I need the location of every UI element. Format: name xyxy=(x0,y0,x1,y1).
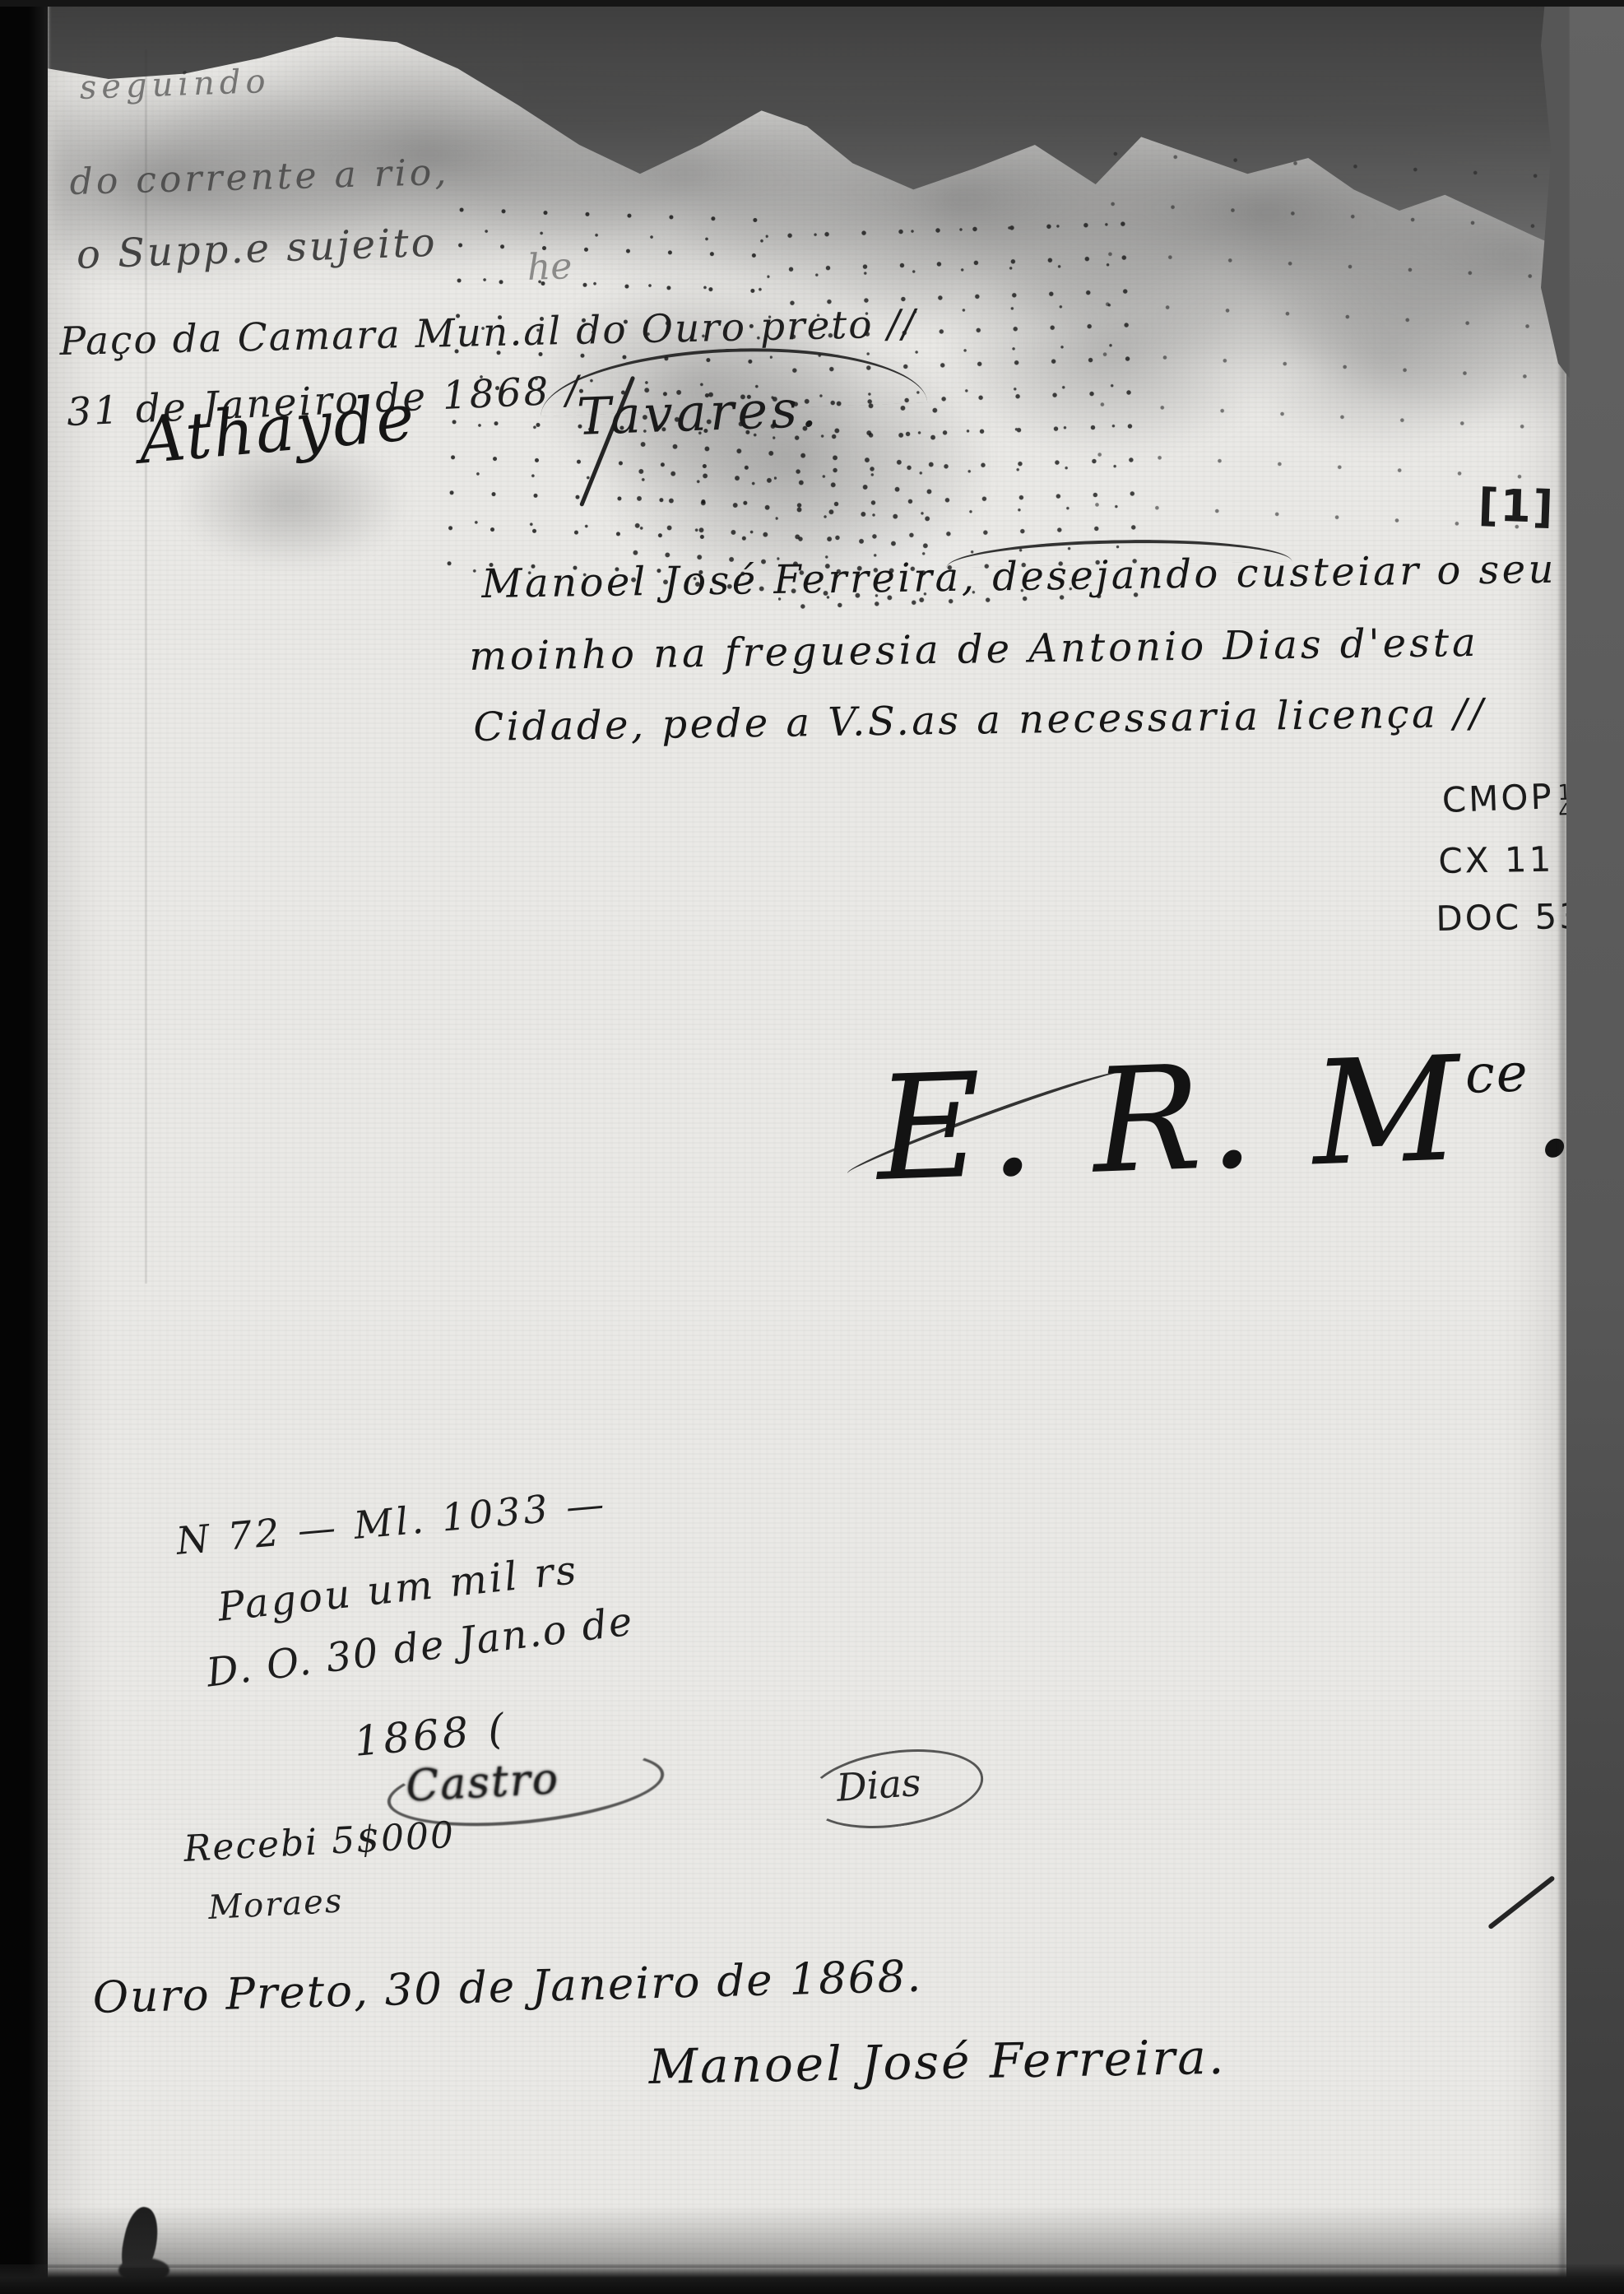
archive-stamp-box: CX 11 xyxy=(1438,839,1554,881)
faded-annotation-line-1: seguindo xyxy=(79,63,271,107)
faded-annotation-fragment: he xyxy=(527,245,573,289)
archive-code-text: CMOP xyxy=(1441,776,1555,820)
scan-border-right xyxy=(1566,0,1624,2294)
receipt-signature: Moraes xyxy=(207,1882,344,1927)
scan-border-bottom xyxy=(0,2264,1624,2294)
closing-initials: E. R. M xyxy=(874,1026,1469,1214)
scan-border-left xyxy=(0,0,48,2294)
page-number-stamp: [1] xyxy=(1478,479,1556,533)
scanned-document: seguindo do corrente a rio, o Supp.e suj… xyxy=(0,0,1624,2294)
closing-superscript: ce xyxy=(1464,1043,1530,1106)
clerk-rubric: Dias xyxy=(835,1760,922,1810)
clerk-signature: Castro xyxy=(405,1754,560,1812)
councilman-signature-right: Tavares. xyxy=(576,378,821,447)
closing-formula: E. R. Mce. xyxy=(874,1022,1585,1214)
archive-stamp-code: CMOP14 xyxy=(1441,775,1575,834)
scan-border-top xyxy=(0,0,1624,7)
petitioner-signature: Manoel José Ferreira. xyxy=(648,2029,1227,2095)
bottom-shade xyxy=(0,2205,1624,2268)
